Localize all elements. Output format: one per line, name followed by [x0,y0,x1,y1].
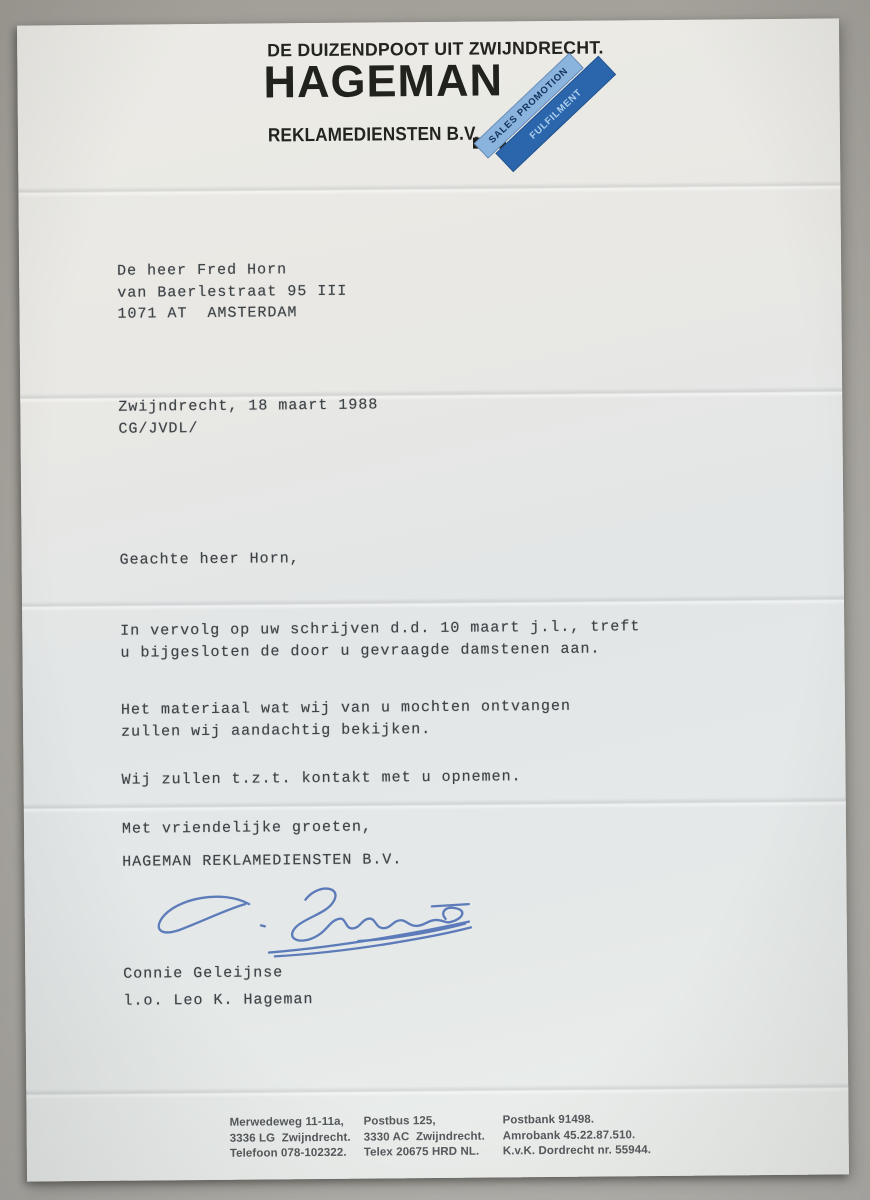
place-and-date: Zwijndrecht, 18 maart 1988 [118,394,378,418]
paragraph-3-line-1: Wij zullen t.z.t. kontakt met u opnemen. [121,766,521,791]
letter-paper: DE DUIZENDPOOT UIT ZWIJNDRECHT. HAGEMAN … [17,18,849,1181]
footer-postbus-column: Postbus 125, 3330 AC Zwijndrecht. Telex … [363,1114,485,1162]
signature-handwriting [124,872,475,969]
closing-greeting: Met vriendelijke groeten, [122,817,372,841]
footer-telex: Telex 20675 HRD NL. [364,1145,485,1162]
recipient-name: De heer Fred Horn [117,259,347,283]
fold-crease [18,180,840,197]
paragraph-2: Het materiaal wat wij van u mochten ontv… [121,696,571,743]
signer-per: l.o. Leo K. Hageman [123,989,313,1012]
dateline-block: Zwijndrecht, 18 maart 1988 CG/JVDL/ [118,394,378,439]
recipient-city: 1071 AT AMSTERDAM [117,302,347,326]
signer-name: Connie Geleijnse [123,962,283,985]
footer-postbus: Postbus 125, [363,1114,484,1131]
paragraph-1-line-2: u bijgesloten de door u gevraagde damste… [120,638,640,664]
letterhead-subtitle: REKLAMEDIENSTEN B.V. [268,124,479,148]
paragraph-2-line-1: Het materiaal wat wij van u mochten ontv… [121,696,571,721]
footer-bank-column: Postbank 91498. Amrobank 45.22.87.510. K… [502,1112,651,1160]
recipient-street: van Baerlestraat 95 III [117,280,347,304]
closing-greeting-line: Met vriendelijke groeten, [122,817,372,841]
signer-per-line: l.o. Leo K. Hageman [123,989,313,1012]
salutation: Geachte heer Horn, [120,548,300,571]
footer-phone: Telefoon 078-102322. [230,1146,351,1163]
paragraph-1: In vervolg op uw schrijven d.d. 10 maart… [120,616,640,664]
closing-company: HAGEMAN REKLAMEDIENSTEN B.V. [122,849,402,873]
paragraph-3: Wij zullen t.z.t. kontakt met u opnemen. [121,766,521,791]
closing-company-line: HAGEMAN REKLAMEDIENSTEN B.V. [122,849,402,873]
signer-name-line: Connie Geleijnse [123,962,283,985]
photo-background: DE DUIZENDPOOT UIT ZWIJNDRECHT. HAGEMAN … [0,0,870,1200]
footer-kvk: K.v.K. Dordrecht nr. 55944. [503,1143,651,1160]
fold-crease [24,796,846,813]
footer-street: Merwedeweg 11-11a, [229,1115,350,1132]
footer-postbank: Postbank 91498. [502,1112,650,1129]
footer-amrobank: Amrobank 45.22.87.510. [503,1128,651,1145]
footer-address-column: Merwedeweg 11-11a, 3336 LG Zwijndrecht. … [229,1115,350,1163]
paragraph-2-line-2: zullen wij aandachtig bekijken. [121,717,571,742]
reference-code: CG/JVDL/ [118,416,378,440]
salutation-line: Geachte heer Horn, [120,548,300,571]
fold-crease [26,1082,848,1099]
footer-postbus-postal: 3330 AC Zwijndrecht. [364,1129,485,1146]
fold-crease [22,594,844,611]
letterhead-brand: HAGEMAN [263,57,503,104]
footer-postal: 3336 LG Zwijndrecht. [230,1130,351,1147]
recipient-address-block: De heer Fred Horn van Baerlestraat 95 II… [117,259,348,326]
